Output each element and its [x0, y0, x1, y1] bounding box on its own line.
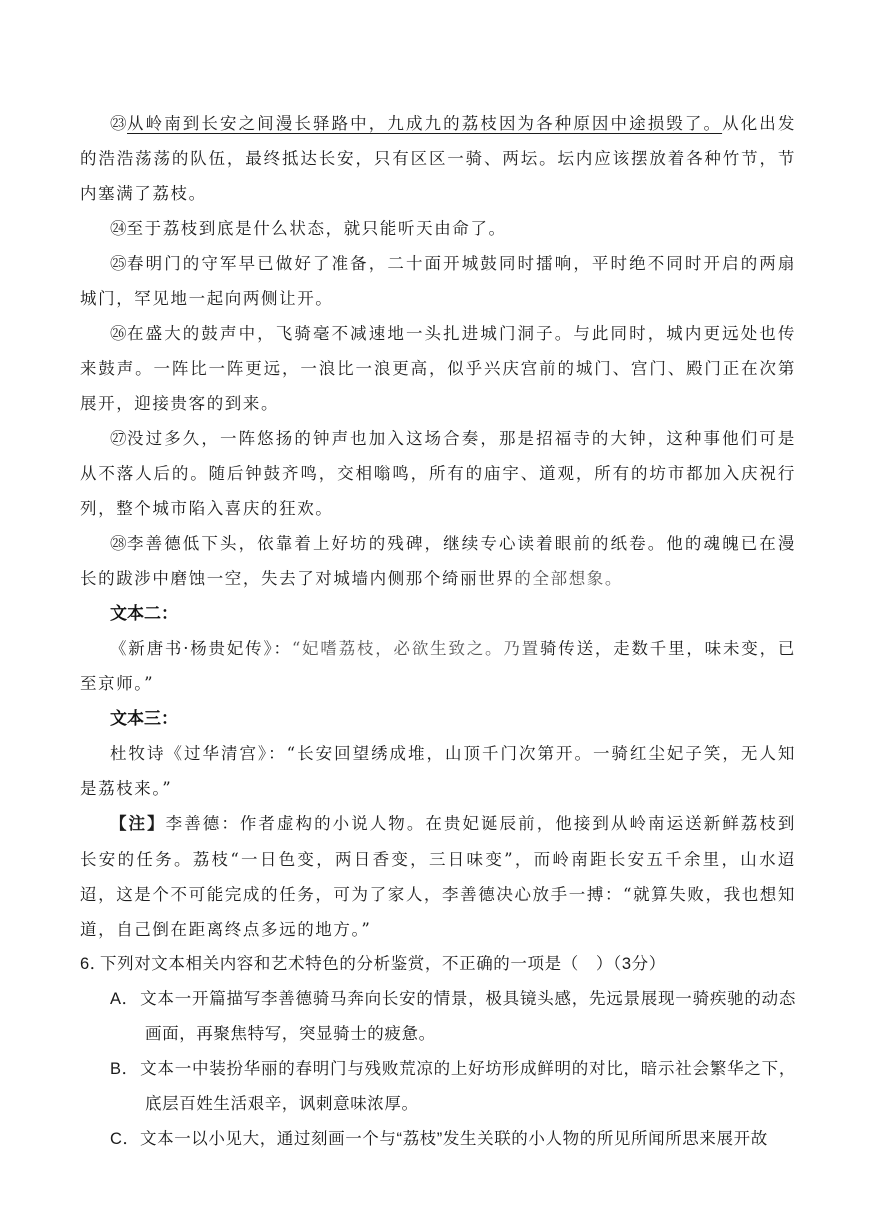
paragraph-text: 春明门的守军早已做好了准备，二十面开城鼓同时擂响，平时绝不同时开启的两扇城门，罕… [80, 254, 796, 308]
option-letter: A． [110, 982, 140, 1017]
question-6: 6．下列对文本相关内容和艺术特色的分析鉴赏，不正确的一项是（ ）（3分） A．文… [80, 947, 796, 1157]
option-b[interactable]: B．文本一中装扮华丽的春明门与残败荒凉的上好坊形成鲜明的对比，暗示社会繁华之下，… [80, 1052, 796, 1122]
paragraph-number: ㉖ [110, 324, 127, 343]
passage-three-text: 杜牧诗《过华清宫》：“长安回望绣成堆，山顶千门次第开。一骑红尘妃子笑，无人知是荔… [80, 736, 796, 806]
option-a[interactable]: A．文本一开篇描写李善德骑马奔向长安的情景，极具镜头感，先远景展现一骑疾驰的动态… [80, 982, 796, 1052]
passage-one: ㉓从岭南到长安之间漫长驿路中，九成九的荔枝因为各种原因中途损毁了。从化出发的浩浩… [80, 106, 796, 596]
paragraph-25: ㉕春明门的守军早已做好了准备，二十面开城鼓同时擂响，平时绝不同时开启的两扇城门，… [80, 246, 796, 316]
paragraph-text: 在盛大的鼓声中，飞骑毫不减速地一头扎进城门洞子。与此同时，城内更远处也传来鼓声。… [80, 324, 796, 413]
option-letter: C． [110, 1122, 140, 1157]
quote-faint: “妃嗜荔枝，必欲生致之。乃置 [292, 639, 540, 658]
paragraph-26: ㉖在盛大的鼓声中，飞骑毫不减速地一头扎进城门洞子。与此同时，城内更远处也传来鼓声… [80, 316, 796, 421]
paragraph-number: ㉘ [110, 534, 127, 553]
underlined-sentence: 从岭南到长安之间漫长驿路中，九成九的荔枝因为各种原因中途损毁了。 [127, 114, 722, 133]
note: 【注】李善德：作者虚构的小说人物。在贵妃诞辰前，他接到从岭南运送新鲜荔枝到长安的… [80, 806, 796, 947]
paragraph-27: ㉗没过多久，一阵悠扬的钟声也加入这场合奏，那是招福寺的大钟，这种事他们可是从不落… [80, 421, 796, 526]
paragraph-24: ㉔至于荔枝到底是什么状态，就只能听天由命了。 [80, 211, 796, 246]
passage-two: 文本二： 《新唐书·杨贵妃传》：“妃嗜荔枝，必欲生致之。乃置骑传送，走数千里，味… [80, 596, 796, 701]
option-c[interactable]: C．文本一以小见大，通过刻画一个与“荔枝”发生关联的小人物的所见所闻所思来展开故 [80, 1122, 796, 1157]
paragraph-23: ㉓从岭南到长安之间漫长驿路中，九成九的荔枝因为各种原因中途损毁了。从化出发的浩浩… [80, 106, 796, 211]
document-page: ㉓从岭南到长安之间漫长驿路中，九成九的荔枝因为各种原因中途损毁了。从化出发的浩浩… [80, 106, 796, 1157]
paragraph-28: ㉘李善德低下头，依靠着上好坊的残碑，继续专心读着眼前的纸卷。他的魂魄已在漫长的跋… [80, 526, 796, 596]
passage-three-label: 文本三： [80, 701, 796, 736]
note-text: 【注】李善德：作者虚构的小说人物。在贵妃诞辰前，他接到从岭南运送新鲜荔枝到长安的… [80, 806, 796, 947]
option-text: 文本一中装扮华丽的春明门与残败荒凉的上好坊形成鲜明的对比，暗示社会繁华之下，底层… [140, 1060, 796, 1113]
paragraph-faint-tail: 的全部想象。 [514, 569, 623, 588]
note-tag: 【注】 [110, 815, 166, 833]
paragraph-number: ㉕ [110, 254, 127, 273]
passage-two-label: 文本二： [80, 596, 796, 631]
paragraph-text: 李善德低下头，依靠着上好坊的残碑，继续专心读着眼前的纸卷。他的魂魄已在漫长的跋涉… [80, 534, 796, 588]
paragraph-number: ㉔ [110, 219, 127, 238]
option-text: 文本一开篇描写李善德骑马奔向长安的情景，极具镜头感，先远景展现一骑疾驰的动态画面… [140, 990, 796, 1043]
paragraph-number: ㉗ [110, 429, 127, 448]
paragraph-text: 至于荔枝到底是什么状态，就只能听天由命了。 [127, 219, 507, 238]
passage-two-text: 《新唐书·杨贵妃传》：“妃嗜荔枝，必欲生致之。乃置骑传送，走数千里，味未变，已至… [80, 631, 796, 701]
question-number: 6． [80, 947, 100, 982]
paragraph-text: 没过多久，一阵悠扬的钟声也加入这场合奏，那是招福寺的大钟，这种事他们可是从不落人… [80, 429, 796, 518]
source-title: 《新唐书·杨贵妃传》： [110, 639, 292, 658]
question-stem: 6．下列对文本相关内容和艺术特色的分析鉴赏，不正确的一项是（ ）（3分） [80, 947, 796, 982]
note-body: 李善德：作者虚构的小说人物。在贵妃诞辰前，他接到从岭南运送新鲜荔枝到长安的任务。… [80, 814, 796, 939]
option-letter: B． [110, 1052, 140, 1087]
paragraph-number: ㉓ [110, 114, 127, 133]
passage-three: 文本三： 杜牧诗《过华清宫》：“长安回望绣成堆，山顶千门次第开。一骑红尘妃子笑，… [80, 701, 796, 806]
question-text: 下列对文本相关内容和艺术特色的分析鉴赏，不正确的一项是（ ）（3分） [100, 955, 666, 973]
option-text: 文本一以小见大，通过刻画一个与“荔枝”发生关联的小人物的所见所闻所思来展开故 [140, 1130, 768, 1148]
